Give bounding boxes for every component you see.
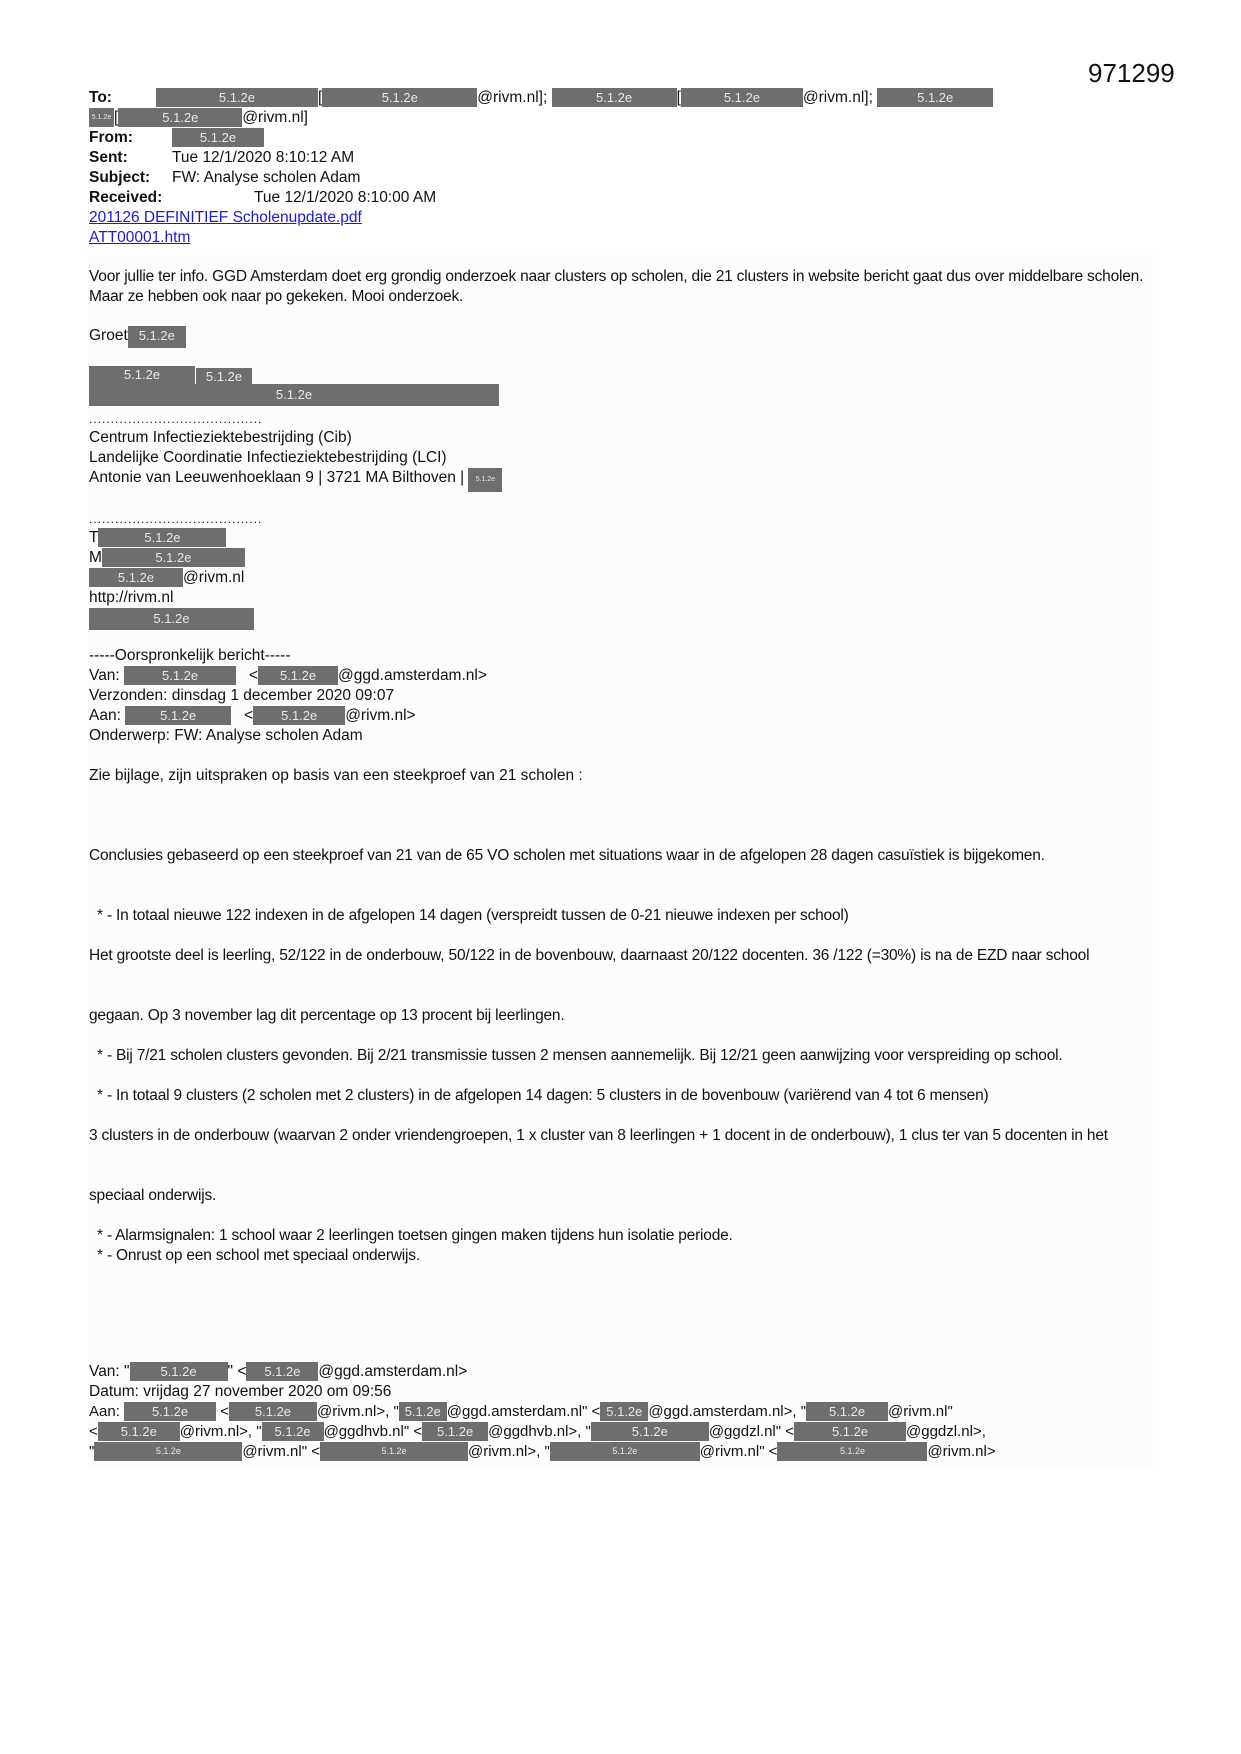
redaction: 5.1.2e <box>98 528 226 547</box>
redaction: 5.1.2e <box>102 548 245 567</box>
signature-divider-2: ........................................ <box>89 510 262 529</box>
redaction: 5.1.2e <box>600 1402 648 1421</box>
redaction: 5.1.2e <box>124 1402 216 1421</box>
redaction: 5.1.2e <box>877 88 993 107</box>
signature-extra: 5.1.2e <box>89 608 254 630</box>
attachment-link-pdf[interactable]: 201126 DEFINITIEF Scholenupdate.pdf <box>89 209 362 226</box>
sent-line: Sent:Tue 12/1/2020 8:10:12 AM <box>89 148 354 167</box>
redaction: 5.1.2e <box>156 88 318 107</box>
aan-line-4: "5.1.2e@rivm.nl" <5.1.2e@rivm.nl>, "5.1.… <box>89 1442 996 1461</box>
mobile-line: M5.1.2e <box>89 548 245 567</box>
onderwerp-line: Onderwerp: FW: Analyse scholen Adam <box>89 726 363 745</box>
from-line: From:5.1.2e <box>89 128 264 147</box>
bullet-item: * - In totaal nieuwe 122 indexen in de a… <box>97 906 1157 926</box>
redaction: 5.1.2e <box>89 366 195 384</box>
redaction: 5.1.2e <box>118 108 242 127</box>
redaction: 5.1.2e <box>681 88 803 107</box>
redaction: 5.1.2e <box>258 666 338 685</box>
website-line: http://rivm.nl <box>89 588 173 607</box>
fw-intro: Zie bijlage, zijn uitspraken op basis va… <box>89 766 583 785</box>
aan-line-2: Aan: 5.1.2e <5.1.2e@rivm.nl>, "5.1.2e@gg… <box>89 1402 953 1421</box>
received-line: Received:Tue 12/1/2020 8:10:00 AM <box>89 188 436 207</box>
attachment-link-htm[interactable]: ATT00001.htm <box>89 229 190 246</box>
redaction: 5.1.2e <box>130 1362 228 1381</box>
redaction: 5.1.2e <box>806 1402 888 1421</box>
signature-address: Antonie van Leeuwenhoeklaan 9 | 3721 MA … <box>89 468 502 492</box>
redaction: 5.1.2e <box>246 1362 318 1381</box>
redaction: 5.1.2e <box>794 1422 906 1441</box>
from-label: From: <box>89 128 172 147</box>
redaction: 5.1.2e <box>128 326 186 348</box>
redaction: 5.1.2e <box>125 706 231 725</box>
redaction: 5.1.2e <box>552 88 677 107</box>
subject-value: FW: Analyse scholen Adam <box>172 169 360 186</box>
redaction: 5.1.2e <box>422 1422 488 1441</box>
to-label: To: <box>89 89 112 106</box>
bullet-item: * - Alarmsignalen: 1 school waar 2 leerl… <box>97 1226 1157 1246</box>
paragraph: gegaan. Op 3 november lag dit percentage… <box>89 1006 1149 1026</box>
redaction: 5.1.2e <box>124 666 236 685</box>
redaction: 5.1.2e <box>777 1442 927 1461</box>
redaction: 5.1.2e <box>89 384 499 406</box>
subject-line: Subject:FW: Analyse scholen Adam <box>89 168 360 187</box>
received-value: Tue 12/1/2020 8:10:00 AM <box>254 189 436 206</box>
paragraph: speciaal onderwijs. <box>89 1186 1149 1206</box>
redaction: 5.1.2e <box>229 1402 317 1421</box>
redaction: 5.1.2e <box>98 1422 180 1441</box>
redaction: 5.1.2e <box>89 608 254 630</box>
signature-org: Centrum Infectieziektebestrijding (Cib) <box>89 428 352 447</box>
redaction: 5.1.2e <box>320 1442 468 1461</box>
to-line: To:5.1.2e[5.1.2e@rivm.nl]; 5.1.2e[5.1.2e… <box>89 88 993 107</box>
redaction: 5.1.2e <box>89 568 183 587</box>
signature-unit: Landelijke Coordinatie Infectieziektebes… <box>89 448 447 467</box>
original-message-separator: -----Oorspronkelijk bericht----- <box>89 646 291 665</box>
redaction: 5.1.2e <box>89 108 114 127</box>
aan-line: Aan: 5.1.2e <5.1.2e@rivm.nl> <box>89 706 416 725</box>
signature-divider: ........................................ <box>89 410 262 429</box>
redaction: 5.1.2e <box>591 1422 709 1441</box>
email-line: 5.1.2e@rivm.nl <box>89 568 244 587</box>
paragraph: 3 clusters in de onderbouw (waarvan 2 on… <box>89 1126 1149 1146</box>
phone-line: T5.1.2e <box>89 528 226 547</box>
conclusions: Conclusies gebaseerd op een steekproef v… <box>89 846 1149 866</box>
bullet-item: * - Bij 7/21 scholen clusters gevonden. … <box>89 1046 1149 1066</box>
verzonden-line: Verzonden: dinsdag 1 december 2020 09:07 <box>89 686 394 705</box>
to-line-2: 5.1.2e[5.1.2e@rivm.nl] <box>89 108 308 127</box>
datum-line: Datum: vrijdag 27 november 2020 om 09:56 <box>89 1382 391 1401</box>
aan-line-3: <5.1.2e@rivm.nl>, "5.1.2e@ggdhvb.nl" <5.… <box>89 1422 986 1441</box>
redaction: 5.1.2e <box>172 128 264 147</box>
greeting-line: Groet5.1.2e <box>89 326 186 348</box>
redaction: 5.1.2e <box>262 1422 324 1441</box>
van-line: Van: 5.1.2e <5.1.2e@ggd.amsterdam.nl> <box>89 666 487 685</box>
redaction: 5.1.2e <box>550 1442 700 1461</box>
redaction: 5.1.2e <box>399 1402 447 1421</box>
bullet-item: * - In totaal 9 clusters (2 scholen met … <box>97 1086 1157 1106</box>
paragraph: Het grootste deel is leerling, 52/122 in… <box>89 946 1149 966</box>
sent-value: Tue 12/1/2020 8:10:12 AM <box>172 149 354 166</box>
bullet-item: * - Onrust op een school met speciaal on… <box>97 1246 1157 1266</box>
intro-paragraph: Voor jullie ter info. GGD Amsterdam doet… <box>89 267 1149 307</box>
redaction: 5.1.2e <box>253 706 345 725</box>
redaction: 5.1.2e <box>322 88 477 107</box>
document-id: 971299 <box>1088 58 1175 89</box>
redaction: 5.1.2e <box>94 1442 242 1461</box>
redaction: 5.1.2e <box>468 468 502 492</box>
van-line-2: Van: "5.1.2e" <5.1.2e@ggd.amsterdam.nl> <box>89 1362 467 1381</box>
